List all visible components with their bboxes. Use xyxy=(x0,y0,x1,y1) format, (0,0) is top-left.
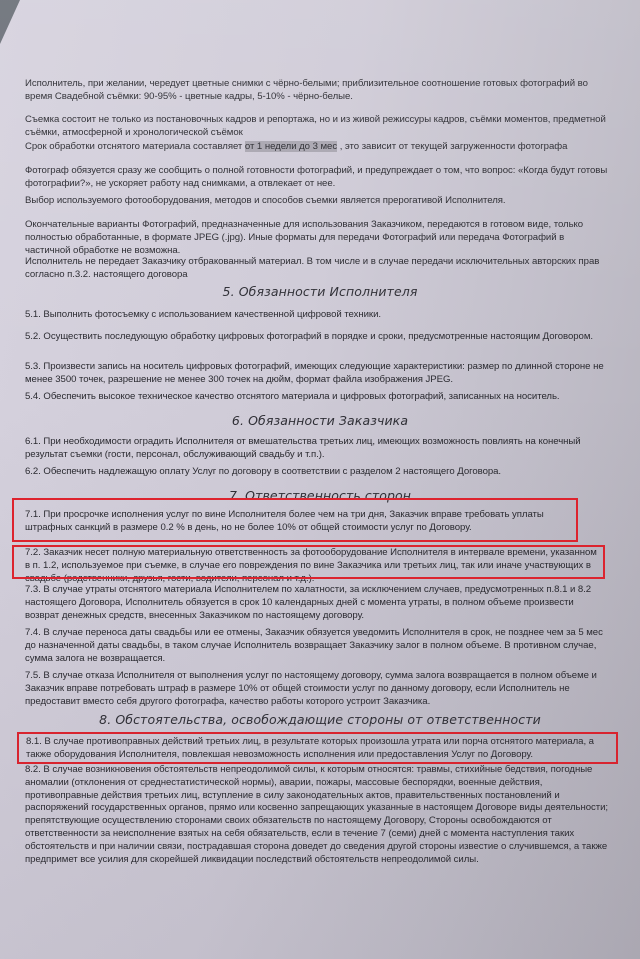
clause-6-2: 6.2. Обеспечить надлежащую оплату Услуг … xyxy=(25,466,610,479)
clause-7-5: 7.5. В случае отказа Исполнителя от выпо… xyxy=(25,670,610,708)
intro-paragraph-shooting-types: Съемка состоит не только из постановочны… xyxy=(25,114,610,140)
clause-6-1: 6.1. При необходимости оградить Исполнит… xyxy=(25,436,610,462)
highlight-box-clause-7-1 xyxy=(12,498,578,542)
clause-5-1: 5.1. Выполнить фотосъемку с использовани… xyxy=(25,309,610,322)
intro-paragraph-rejected-material: Исполнитель не передает Заказчику отбрак… xyxy=(25,256,610,282)
clause-5-3: 5.3. Произвести запись на носитель цифро… xyxy=(25,361,610,387)
clause-8-2: 8.2. В случае возникновения обстоятельст… xyxy=(25,764,610,866)
section-5-title: 5. Обязанности Исполнителя xyxy=(0,284,640,299)
highlight-box-clause-8-1 xyxy=(17,732,618,764)
processing-time-suffix: , это зависит от текущей загруженности ф… xyxy=(337,141,567,152)
desk-corner xyxy=(0,0,20,44)
clause-5-4: 5.4. Обеспечить высокое техническое каче… xyxy=(25,391,610,404)
intro-paragraph-processing-time: Срок обработки отснятого материала соста… xyxy=(25,141,610,154)
intro-paragraph-color-ratio: Исполнитель, при желании, чередует цветн… xyxy=(25,78,610,104)
highlight-box-clause-7-2 xyxy=(12,545,605,579)
clause-5-2: 5.2. Осуществить последующую обработку ц… xyxy=(25,331,610,344)
clause-7-4: 7.4. В случае переноса даты свадьбы или … xyxy=(25,627,610,665)
processing-time-highlight: от 1 недели до 3 мес xyxy=(245,141,337,152)
intro-paragraph-readiness: Фотограф обязуется сразу же сообщить о п… xyxy=(25,165,610,191)
intro-paragraph-equipment: Выбор используемого фотооборудования, ме… xyxy=(25,195,610,208)
section-6-title: 6. Обязанности Заказчика xyxy=(0,413,640,428)
intro-paragraph-final-formats: Окончательные варианты Фотографий, предн… xyxy=(25,219,610,257)
processing-time-prefix: Срок обработки отснятого материала соста… xyxy=(25,141,245,152)
section-8-title: 8. Обстоятельства, освобождающие стороны… xyxy=(0,712,640,727)
clause-7-3: 7.3. В случае утраты отснятого материала… xyxy=(25,584,610,622)
